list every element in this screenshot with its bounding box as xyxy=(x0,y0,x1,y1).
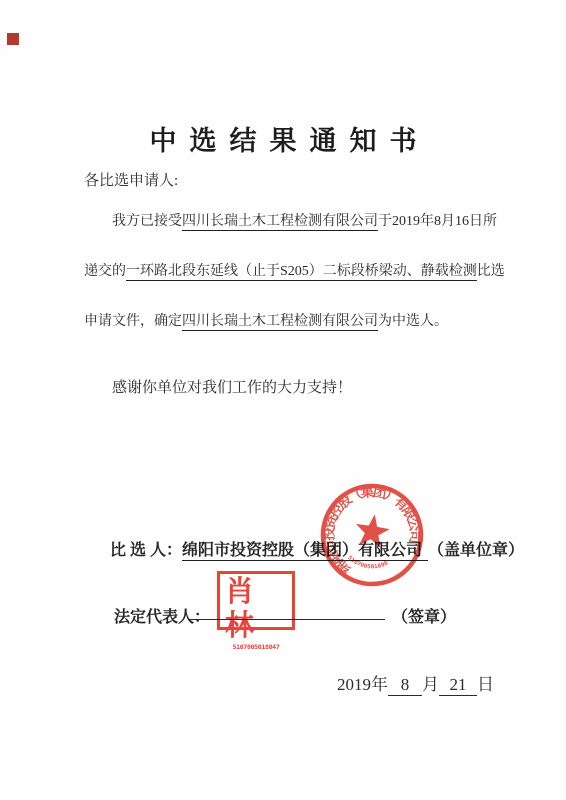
date-day-label: 日 xyxy=(477,675,494,694)
legal-rep-name-stamp: 肖林 5107005018847 xyxy=(217,571,295,630)
document-title: 中选结果通知书 xyxy=(0,119,566,158)
stamp-number-text: 5107005018847 xyxy=(233,643,280,652)
svg-text:510700501898: 510700501898 xyxy=(345,554,390,574)
date-month-label: 月 xyxy=(422,675,439,694)
date-month-value: 8 xyxy=(388,675,422,696)
thanks-line: 感谢你单位对我们工作的大力支持！ xyxy=(112,376,352,397)
star-icon xyxy=(353,512,392,550)
body-line-2-post: 比选 xyxy=(477,264,505,279)
body-line-2: 递交的一环路北段东延线（止于S205）二标段桥梁动、静载检测比选 xyxy=(84,247,480,297)
body-line-2-pre: 递交的 xyxy=(84,264,126,279)
body-line-1-pre: 我方已接受 xyxy=(112,214,182,229)
stamp-name-text: 肖林 xyxy=(220,575,292,643)
date-line: 2019年8月21日 xyxy=(337,670,494,696)
selector-label: 比 选 人： xyxy=(110,542,182,559)
body-line-3-pre: 申请文件，确定 xyxy=(84,314,182,329)
document-page: 中选结果通知书 各比选申请人: 我方已接受四川长瑞土木工程检测有限公司于2019… xyxy=(0,0,566,800)
seal-number-text: 510700501898 xyxy=(345,554,390,574)
red-corner-mark xyxy=(7,33,19,45)
body-line-3-underlined: 四川长瑞土木工程检测有限公司 xyxy=(182,314,378,331)
body-line-1: 我方已接受四川长瑞土木工程检测有限公司于2019年8月16日所 xyxy=(84,197,480,247)
date-day-value: 21 xyxy=(439,675,477,696)
company-round-seal: 绵阳市投资控股（集团）有限公司 510700501898 xyxy=(297,460,447,610)
body-line-1-post: 于2019年8月16日所 xyxy=(378,214,497,229)
body-paragraph: 我方已接受四川长瑞土木工程检测有限公司于2019年8月16日所 递交的一环路北段… xyxy=(84,197,480,347)
body-line-3-post: 为中选人。 xyxy=(378,314,448,329)
date-year: 2019年 xyxy=(337,675,388,694)
body-line-2-underlined: 一环路北段东延线（止于S205）二标段桥梁动、静载检测 xyxy=(126,264,477,281)
body-line-3: 申请文件，确定四川长瑞土木工程检测有限公司为中选人。 xyxy=(84,297,480,347)
salutation: 各比选申请人: xyxy=(84,169,178,190)
body-line-1-underlined: 四川长瑞土木工程检测有限公司 xyxy=(182,214,378,231)
